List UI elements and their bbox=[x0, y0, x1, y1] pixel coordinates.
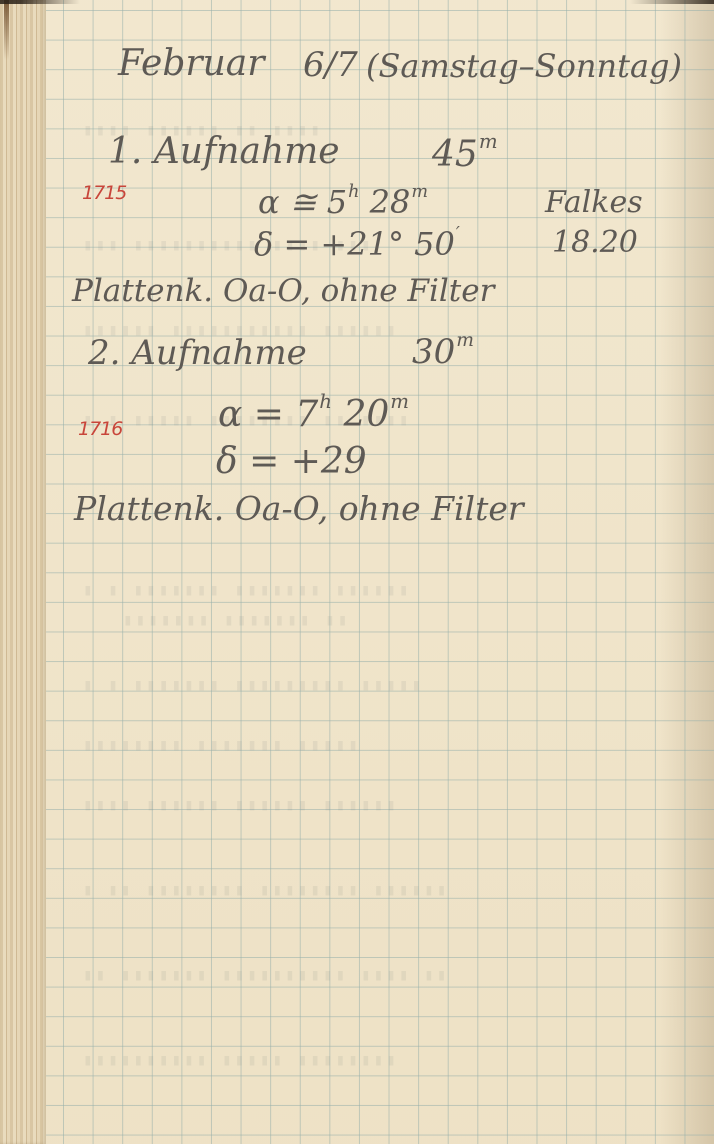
notebook-page: ▮▮▮▮ ▮▮ ▮▮▮▮▮▮ ▮▮▮▮ ▮▮▮ ▮▮▮▮ ▮▮▮▮▮▮▮▮▮▮ … bbox=[0, 0, 714, 1144]
bleed-through-text: ▮▮▮▮▮▮ ▮▮▮▮▮▮▮▮ ▮▮▮▮▮▮▮▮ ▮▮ ▮ bbox=[80, 880, 446, 899]
entry-1-declination: δ = +21° 50′ bbox=[254, 226, 460, 260]
header-days: (Samstag–Sonntag) bbox=[366, 50, 682, 82]
header-date: 6/7 bbox=[303, 48, 358, 82]
book-page-edges bbox=[0, 0, 46, 1144]
header-month: Februar bbox=[118, 46, 264, 82]
entry-1-time: 18.20 bbox=[552, 228, 638, 258]
bleed-through-text: ▮▮▮▮▮ ▮▮▮▮▮▮▮ ▮▮▮▮▮▮▮▮ bbox=[80, 735, 358, 754]
entry-2-title: 2. Aufnahme bbox=[88, 336, 307, 370]
entry-1-plate-number: 1715 bbox=[82, 182, 126, 204]
bleed-through-text: ▮▮▮▮▮▮▮▮ ▮▮▮▮▮ ▮▮▮▮▮▮▮▮▮▮ bbox=[80, 1050, 396, 1069]
entry-1-right-ascension: α ≅ 5h 28m bbox=[258, 184, 428, 218]
entry-2-plate-info: Plattenk. Oa-O, ohne Filter bbox=[74, 492, 524, 525]
entry-2-right-ascension: α = 7h 20m bbox=[218, 392, 409, 433]
bleed-through-text: ▮▮▮▮▮ ▮▮▮▮▮▮▮▮▮ ▮▮▮▮▮▮▮ ▮ ▮ bbox=[80, 675, 421, 694]
bleed-through-text: ▮▮ ▮▮▮▮▮▮▮ ▮▮▮▮▮▮▮ bbox=[120, 610, 347, 629]
entry-2-exposure: 30m bbox=[412, 332, 474, 369]
entry-1-exposure: 45m bbox=[432, 132, 498, 173]
bleed-through-text: ▮▮ ▮▮▮▮ ▮▮▮▮▮▮▮▮▮▮ ▮▮▮▮▮▮▮ ▮▮ bbox=[80, 965, 446, 984]
bleed-through-text: ▮▮▮▮▮▮ ▮▮▮▮▮▮▮ ▮▮▮▮▮▮▮ ▮ ▮ bbox=[80, 580, 408, 599]
entry-1-title: 1. Aufnahme bbox=[108, 134, 340, 170]
top-edge-shadow bbox=[0, 0, 714, 4]
entry-1-plate-info: Plattenk. Oa-O, ohne Filter bbox=[72, 276, 494, 307]
entry-2-plate-number: 1716 bbox=[78, 418, 122, 440]
entry-2-declination: δ = +29 bbox=[216, 444, 367, 480]
entry-1-note: Falkes bbox=[545, 188, 643, 218]
bleed-through-text: ▮▮▮▮▮▮ ▮▮▮▮▮▮ ▮▮▮▮▮▮ ▮▮▮▮ bbox=[80, 795, 396, 814]
